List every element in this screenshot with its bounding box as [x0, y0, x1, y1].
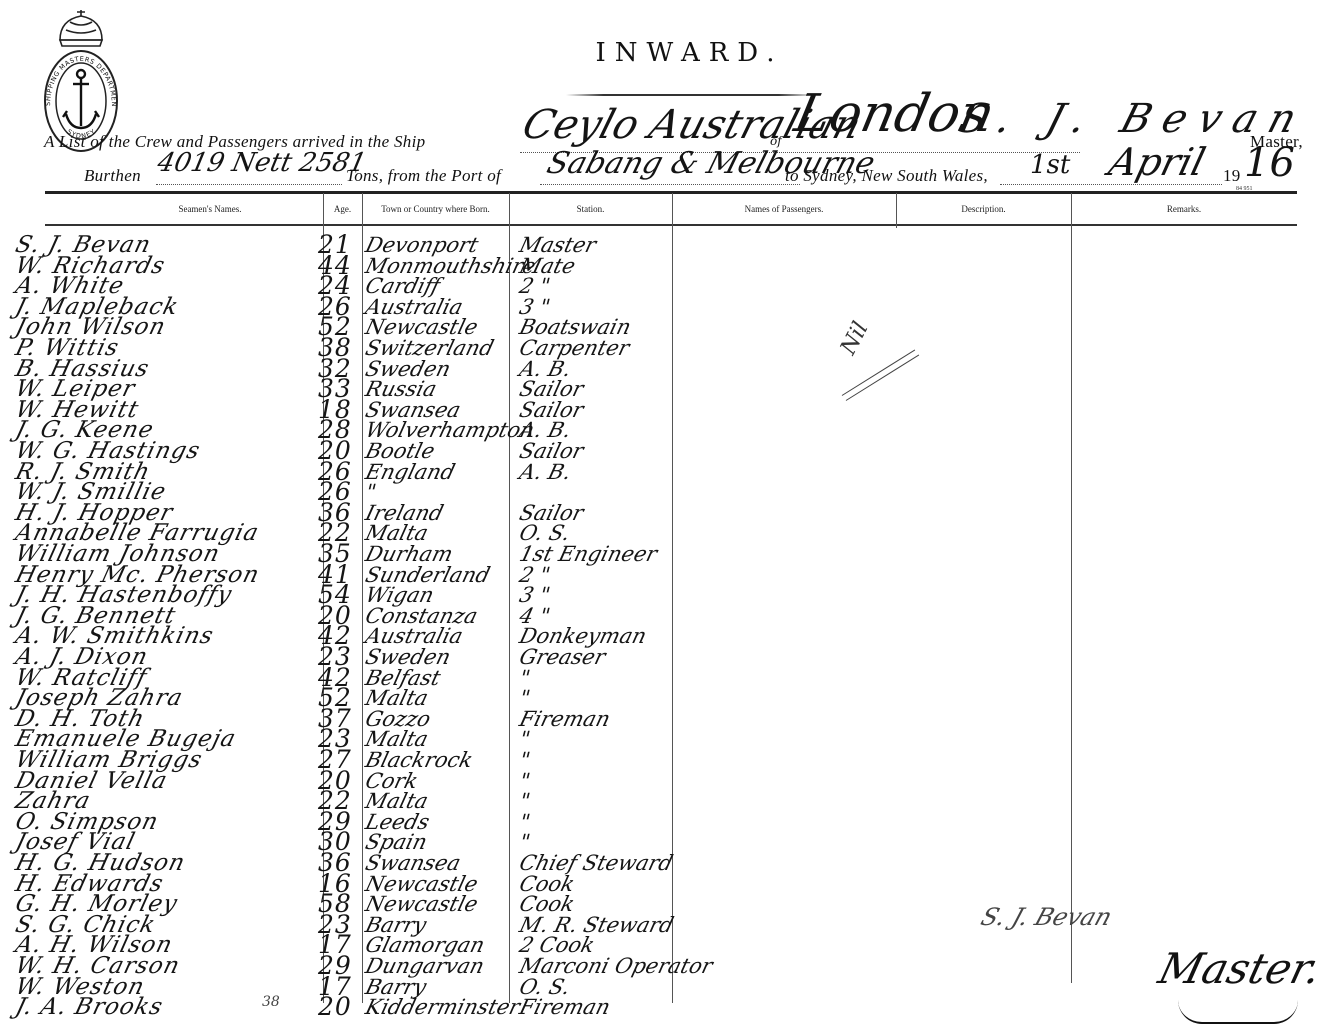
column-divider [1071, 193, 1072, 983]
year-suffix: 16 [1244, 140, 1295, 186]
table-row: J. A. Brooks20KidderminsterFireman [0, 994, 700, 1020]
nil-underline [846, 355, 919, 401]
column-header-description: Description. [896, 204, 1071, 214]
table-header-rule [45, 224, 1297, 226]
column-header-remarks: Remarks. [1071, 204, 1297, 214]
column-header-birthplace: Town or Country where Born. [362, 204, 509, 214]
crew-birthplace: Kidderminster [363, 994, 517, 1020]
tons-from-port-label: Tons, from the Port of [346, 166, 501, 186]
arrival-day: 1st [1030, 150, 1070, 180]
anchor-crown-seal-icon: SHIPPING MASTERS DEPARTMENT SYDNEY [40, 6, 122, 152]
burthen-label: Burthen [84, 166, 141, 186]
column-header-passenger-names: Names of Passengers. [672, 204, 896, 214]
shipping-masters-seal: SHIPPING MASTERS DEPARTMENT SYDNEY [40, 6, 122, 152]
burthen-value: 4019 Nett 2581 [155, 148, 369, 178]
date-blank [1000, 184, 1222, 185]
year-prefix: 19 [1223, 166, 1241, 186]
master-signature: S. J. Bevan [977, 903, 1115, 931]
document-title: INWARD. [0, 38, 1319, 68]
from-port-blank [540, 184, 800, 185]
column-header-seamens-names: Seamen's Names. [100, 204, 320, 214]
crew-age: 20 [318, 994, 364, 1020]
arrival-month: April [1105, 140, 1210, 184]
title-underline [566, 94, 816, 96]
crew-station: Fireman [517, 994, 678, 1020]
crew-name: J. A. Brooks [13, 994, 329, 1020]
passengers-nil-note: Nil [836, 318, 874, 359]
column-header-station: Station. [509, 204, 672, 214]
signature-flourish [1178, 1000, 1298, 1024]
burthen-blank [156, 184, 342, 185]
crew-count: 38 [262, 994, 280, 1010]
master-signature-role: Master. [1154, 944, 1319, 993]
destination-label: to Sydney, New South Wales, [785, 166, 988, 186]
table-top-rule [45, 191, 1297, 194]
column-header-age: Age. [323, 204, 362, 214]
